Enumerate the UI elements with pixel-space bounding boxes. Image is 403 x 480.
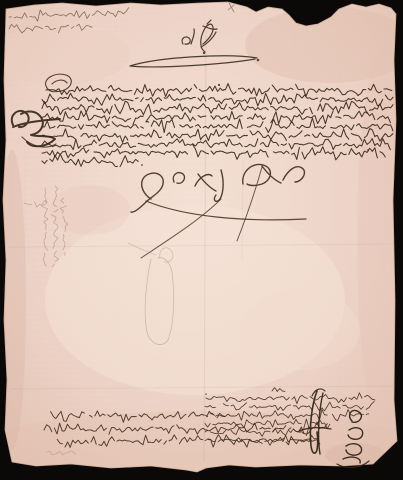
manuscript-scan bbox=[0, 0, 403, 480]
scan-viewport bbox=[0, 0, 403, 480]
stain bbox=[240, 290, 360, 370]
ink-dot bbox=[257, 59, 260, 62]
ink-dot bbox=[205, 393, 207, 395]
ink-dot bbox=[367, 149, 369, 151]
ink-dot bbox=[218, 84, 220, 86]
ink-dot bbox=[203, 52, 205, 54]
ink-dot bbox=[141, 164, 143, 166]
